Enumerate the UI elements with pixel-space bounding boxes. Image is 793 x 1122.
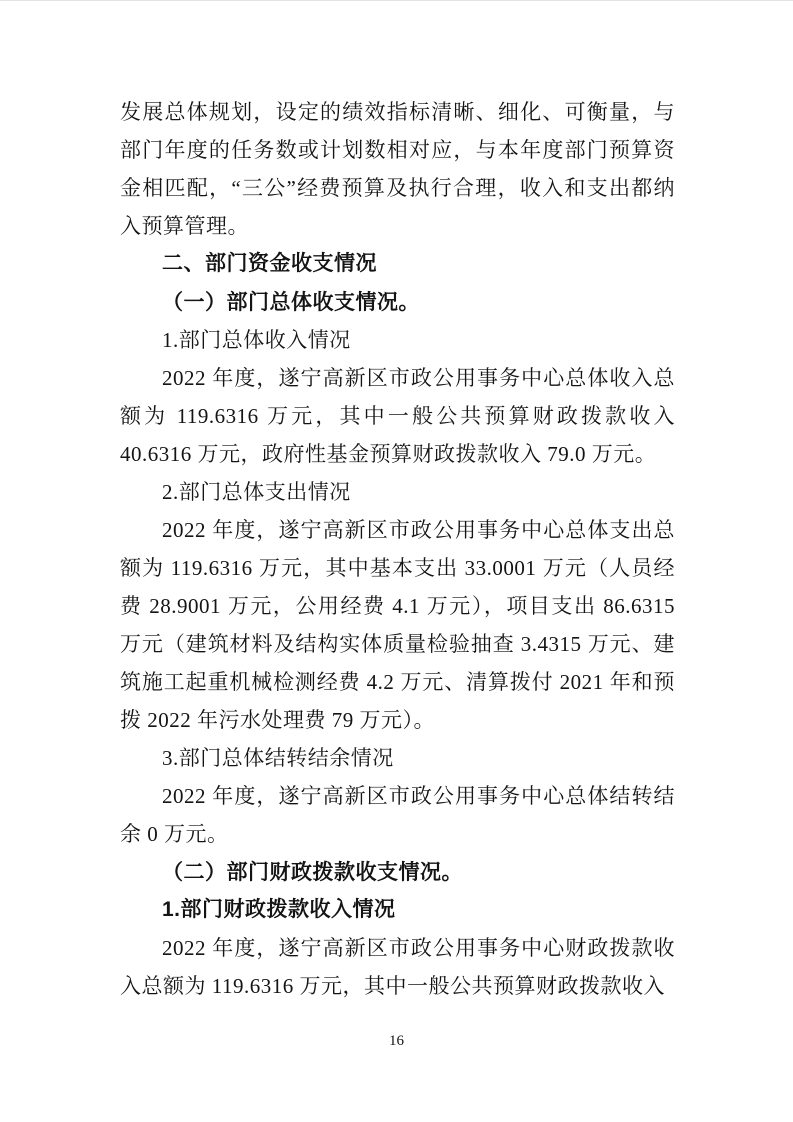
subsection-heading-fiscal-appropriation: （二）部门财政拨款收支情况。: [120, 853, 675, 891]
paragraph-performance-overview-continued: 发展总体规划，设定的绩效指标清晰、细化、可衡量，与部门年度的任务数或计划数相对应…: [120, 93, 675, 245]
paragraph-carryover-balance: 2022 年度，遂宁高新区市政公用事务中心总体结转结余 0 万元。: [120, 777, 675, 853]
paragraph-overall-expenditure: 2022 年度，遂宁高新区市政公用事务中心总体支出总额为 119.6316 万元…: [120, 511, 675, 739]
paragraph-overall-income: 2022 年度，遂宁高新区市政公用事务中心总体收入总额为 119.6316 万元…: [120, 359, 675, 473]
page-number: 16: [389, 1033, 404, 1049]
item-heading-carryover-balance: 3.部门总体结转结余情况: [120, 739, 675, 777]
document-body: 发展总体规划，设定的绩效指标清晰、细化、可衡量，与部门年度的任务数或计划数相对应…: [120, 93, 675, 1005]
item-heading-fiscal-appropriation-income: 1.部门财政拨款收入情况: [120, 891, 675, 929]
document-page: 发展总体规划，设定的绩效指标清晰、细化、可衡量，与部门年度的任务数或计划数相对应…: [0, 0, 793, 1122]
section-heading-department-funds: 二、部门资金收支情况: [120, 245, 675, 283]
page-footer: 16: [0, 1032, 793, 1050]
item-heading-overall-expenditure: 2.部门总体支出情况: [120, 473, 675, 511]
item-heading-overall-income: 1.部门总体收入情况: [120, 321, 675, 359]
subsection-heading-overall-income-expenditure: （一）部门总体收支情况。: [120, 283, 675, 321]
paragraph-fiscal-appropriation-income: 2022 年度，遂宁高新区市政公用事务中心财政拨款收入总额为 119.6316 …: [120, 929, 675, 1005]
